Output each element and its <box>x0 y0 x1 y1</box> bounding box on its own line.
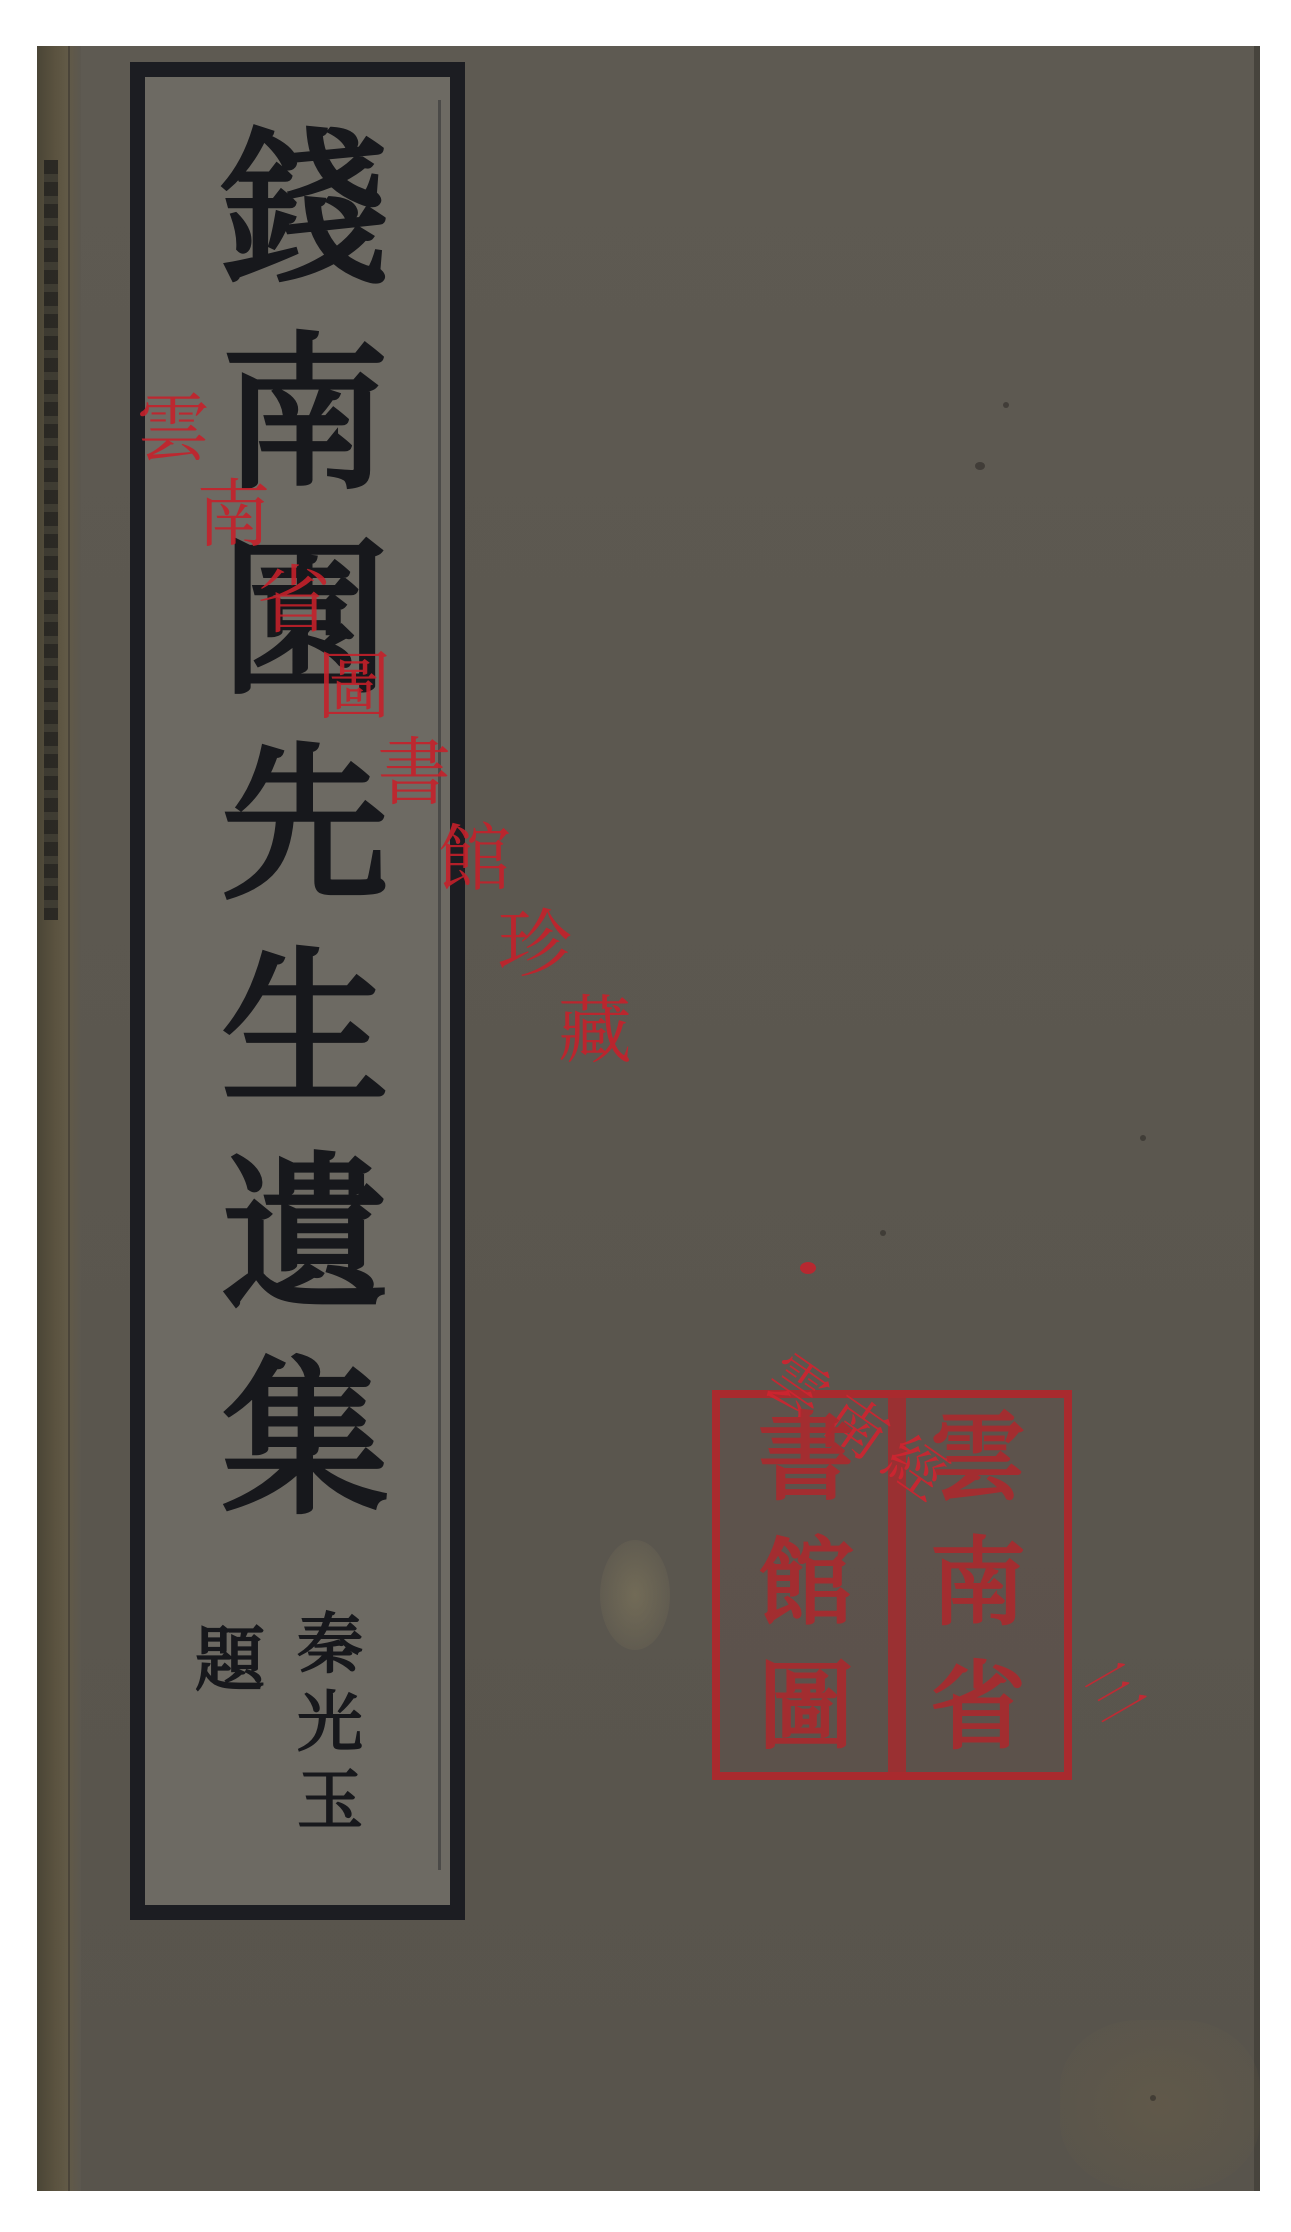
stamp-char: 書 <box>362 728 467 818</box>
paper-speck <box>1003 402 1009 408</box>
inscription-suffix: 題 <box>195 1620 265 1700</box>
inscription-char: 光 <box>297 1683 363 1761</box>
title-char: 生 <box>205 930 405 1135</box>
seal-char: 雲 <box>892 1398 1064 1523</box>
seal-char: 書 <box>720 1398 892 1523</box>
stamp-char: 南 <box>181 470 286 560</box>
spine-fold-line <box>68 46 70 2191</box>
paper-speck <box>1150 2095 1156 2101</box>
stamp-char: 省 <box>241 556 346 646</box>
seal-char: 南 <box>892 1523 1064 1648</box>
spine-text-marks <box>44 160 58 920</box>
paper-speck <box>975 462 985 470</box>
stamp-char: 雲 <box>121 384 226 474</box>
book-title: 錢 南 園 先 生 遺 集 <box>205 110 405 1545</box>
calligrapher-name: 秦 光 玉 <box>285 1605 375 1839</box>
stamp-char: 藏 <box>542 986 647 1076</box>
inscription-char: 秦 <box>297 1605 363 1683</box>
stamp-dot <box>800 1262 816 1274</box>
title-char: 錢 <box>205 110 405 315</box>
paper-speck <box>1140 1135 1146 1141</box>
stamp-char: 圖 <box>301 642 406 732</box>
paper-stain <box>600 1540 670 1650</box>
paper-speck <box>880 1230 886 1236</box>
title-char: 集 <box>205 1340 405 1545</box>
stamp-char: 館 <box>422 814 527 904</box>
title-char: 遺 <box>205 1135 405 1340</box>
seal-char: 館 <box>720 1523 892 1648</box>
title-frame-rule <box>438 100 441 1870</box>
inscription-char: 玉 <box>297 1761 363 1839</box>
seal-char: 省 <box>892 1647 1064 1772</box>
square-library-seal: 書 雲 館 南 圖 省 <box>712 1390 1072 1780</box>
seal-char: 圖 <box>720 1647 892 1772</box>
paper-stain-corner <box>1060 2020 1260 2190</box>
stamp-char: 珍 <box>482 900 587 990</box>
